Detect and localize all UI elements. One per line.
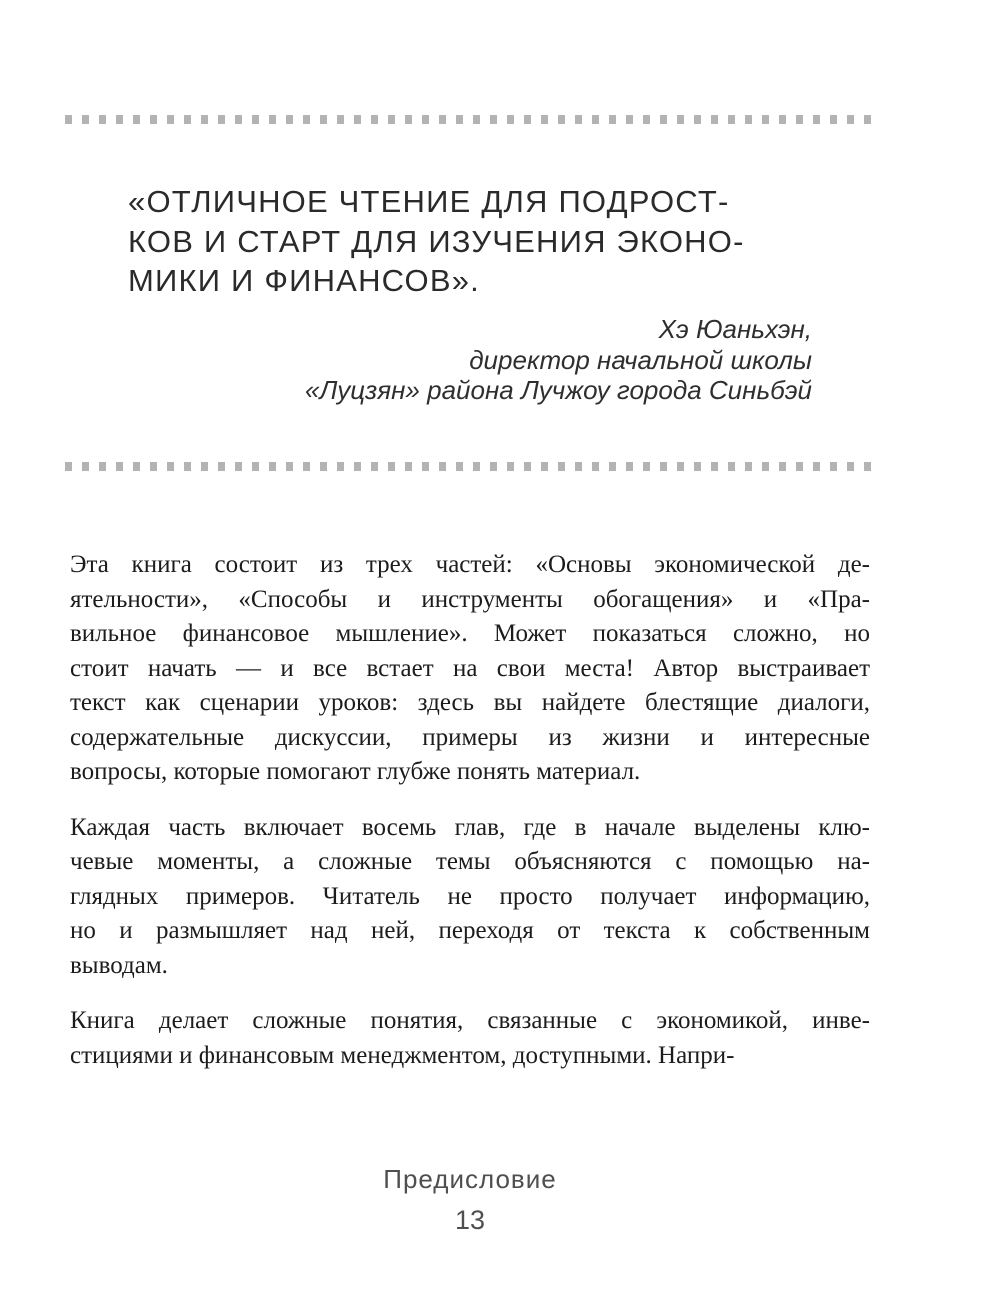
text-line: МИКИ И ФИНАНСОВ». bbox=[128, 261, 808, 301]
quote-attribution: Хэ Юаньхэн,директор начальной школы«Луцз… bbox=[192, 314, 812, 406]
text-line: содержательные дискуссии, примеры из жиз… bbox=[70, 721, 870, 756]
body-paragraph: Каждая часть включает восемь глав, где в… bbox=[70, 811, 870, 984]
footer-page-number: 13 bbox=[70, 1204, 870, 1236]
text-line: Книга делает сложные понятия, связанные … bbox=[70, 1004, 870, 1039]
text-line: стоит начать — и все встает на свои мест… bbox=[70, 652, 870, 687]
text-line: чевые моменты, а сложные темы объясняютс… bbox=[70, 845, 870, 880]
text-line: Хэ Юаньхэн, bbox=[192, 314, 812, 345]
text-line: ятельности», «Способы и инструменты обог… bbox=[70, 583, 870, 618]
book-page: «ОТЛИЧНОЕ ЧТЕНИЕ ДЛЯ ПОДРОСТ-КОВ И СТАРТ… bbox=[0, 0, 986, 1299]
footer-section-title: Предисловие bbox=[70, 1163, 870, 1195]
body-paragraph: Эта книга состоит из трех частей: «Основ… bbox=[70, 548, 870, 790]
bottom-dotted-rule bbox=[65, 462, 875, 471]
text-line: глядных примеров. Читатель не просто пол… bbox=[70, 880, 870, 915]
text-line: вопросы, которые помогают глубже понять … bbox=[70, 755, 870, 790]
text-line: КОВ И СТАРТ ДЛЯ ИЗУЧЕНИЯ ЭКОНО- bbox=[128, 222, 808, 262]
text-line: но и размышляет над ней, переходя от тек… bbox=[70, 914, 870, 949]
text-line: выводам. bbox=[70, 949, 870, 984]
text-line: текст как сценарии уроков: здесь вы найд… bbox=[70, 686, 870, 721]
text-line: директор начальной школы bbox=[192, 345, 812, 376]
body-paragraph: Книга делает сложные понятия, связанные … bbox=[70, 1004, 870, 1073]
text-line: «ОТЛИЧНОЕ ЧТЕНИЕ ДЛЯ ПОДРОСТ- bbox=[128, 182, 808, 222]
text-line: «Луцзян» района Лучжоу города Синьбэй bbox=[192, 375, 812, 406]
body-text: Эта книга состоит из трех частей: «Основ… bbox=[70, 548, 870, 1094]
text-line: Каждая часть включает восемь глав, где в… bbox=[70, 811, 870, 846]
text-line: Эта книга состоит из трех частей: «Основ… bbox=[70, 548, 870, 583]
text-line: стициями и финансовым менеджментом, дост… bbox=[70, 1039, 870, 1074]
top-dotted-rule bbox=[65, 115, 875, 124]
text-line: вильное финансовое мышление». Может пока… bbox=[70, 617, 870, 652]
endorsement-quote: «ОТЛИЧНОЕ ЧТЕНИЕ ДЛЯ ПОДРОСТ-КОВ И СТАРТ… bbox=[128, 182, 808, 301]
